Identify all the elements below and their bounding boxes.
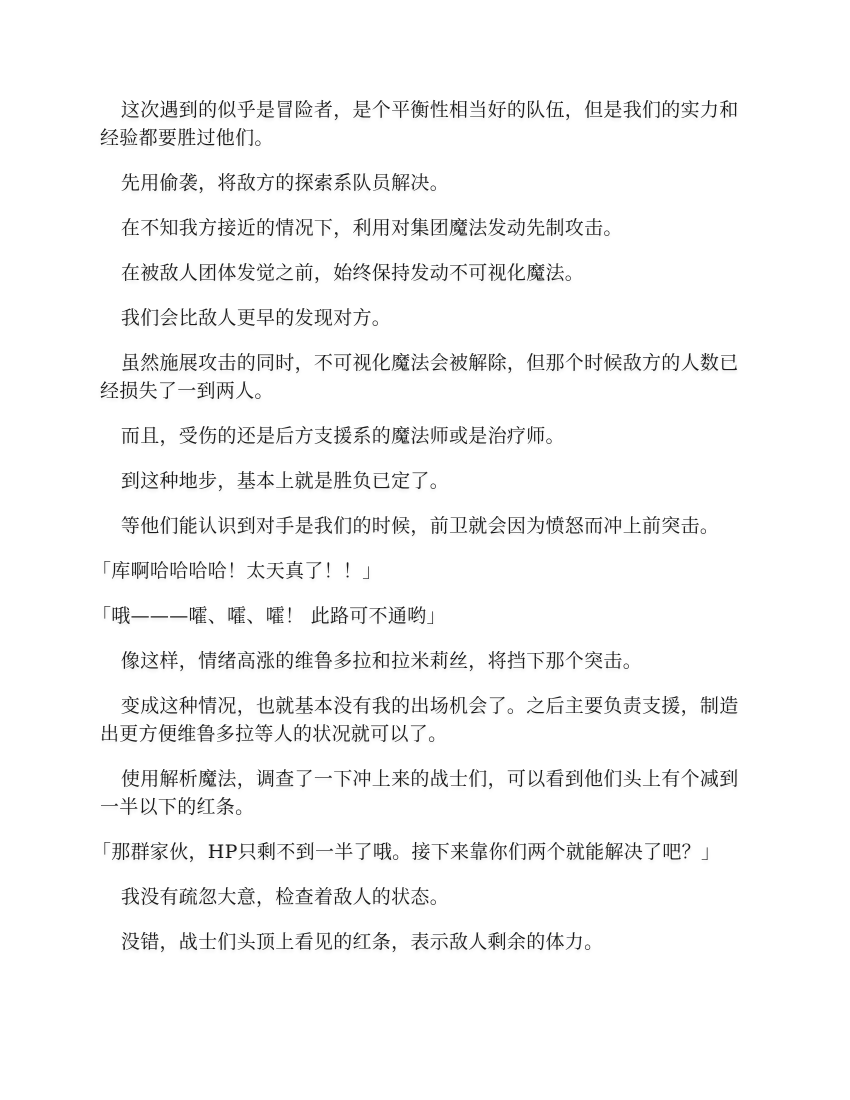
paragraph: 虽然施展攻击的同时，不可视化魔法会被解除，但那个时候敌方的人数已经损失了一到两人… [100,349,750,405]
document-page: 这次遇到的似乎是冒险者，是个平衡性相当好的队伍，但是我们的实力和经验都要胜过他们… [100,96,750,973]
paragraph: 像这样，情绪高涨的维鲁多拉和拉米莉丝，将挡下那个突击。 [100,647,750,675]
paragraph: 而且，受伤的还是后方支援系的魔法师或是治疗师。 [100,422,750,450]
dialog-line: 「库啊哈哈哈哈！太天真了！！」 [92,557,750,585]
paragraph: 使用解析魔法，调查了一下冲上来的战士们，可以看到他们头上有个减到一半以下的红条。 [100,765,750,821]
paragraph: 在被敌人团体发觉之前，始终保持发动不可视化魔法。 [100,259,750,287]
paragraph: 变成这种情况，也就基本没有我的出场机会了。之后主要负责支援，制造出更方便维鲁多拉… [100,692,750,748]
paragraph: 我没有疏忽大意，检查着敌人的状态。 [100,883,750,911]
paragraph: 到这种地步，基本上就是胜负已定了。 [100,467,750,495]
paragraph: 没错，战士们头顶上看见的红条，表示敌人剩余的体力。 [100,928,750,956]
dialog-line: 「那群家伙，HP只剩不到一半了哦。接下来靠你们两个就能解决了吧？」 [92,838,750,866]
paragraph: 先用偷袭，将敌方的探索系队员解决。 [100,169,750,197]
dialog-line: 「哦———嚯、嚯、嚯！ 此路可不通哟」 [92,602,750,630]
paragraph: 在不知我方接近的情况下，利用对集团魔法发动先制攻击。 [100,214,750,242]
paragraph: 我们会比敌人更早的发现对方。 [100,304,750,332]
paragraph: 等他们能认识到对手是我们的时候，前卫就会因为愤怒而冲上前突击。 [100,512,750,540]
paragraph: 这次遇到的似乎是冒险者，是个平衡性相当好的队伍，但是我们的实力和经验都要胜过他们… [100,96,750,152]
